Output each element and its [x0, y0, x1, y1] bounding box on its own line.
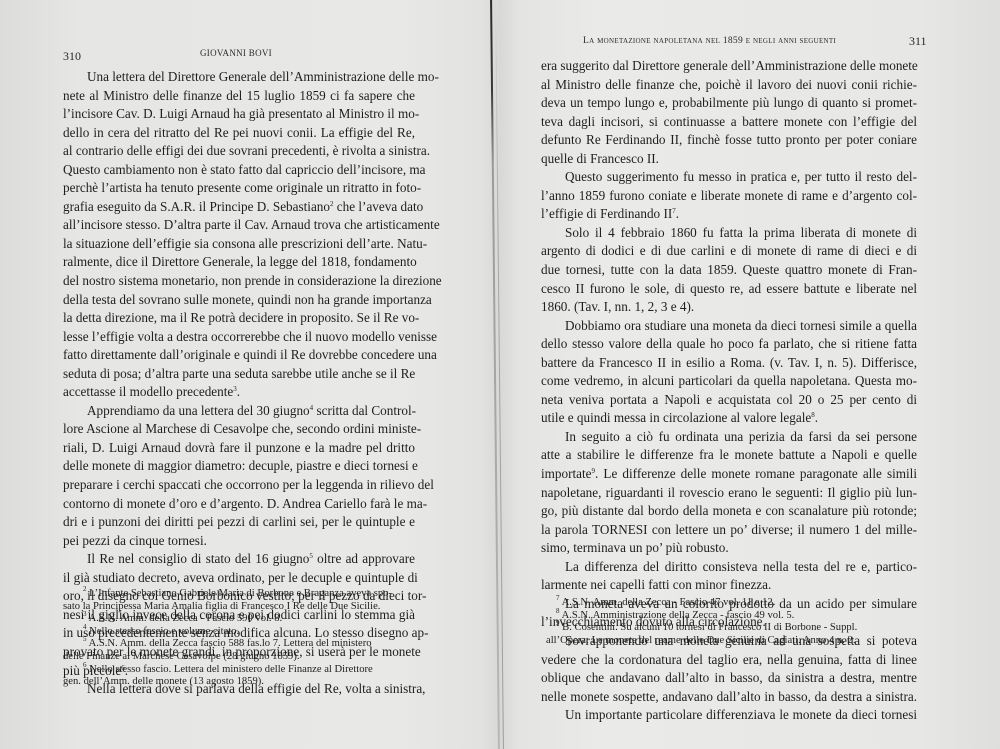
text-segment: scritta dal Control- [313, 403, 416, 418]
text-line: al contrario delle effigi dei due sovran… [63, 142, 415, 161]
running-head-title: La monetazione napoletana nel 1859 e neg… [583, 36, 836, 46]
footnote-continuation: all’Opera: Le monete del reame delle Due… [546, 635, 914, 648]
text-line: riali, D. Luigi Arnaud dovrà fare il pun… [63, 439, 415, 458]
text-line: deva un tempo lungo e, probabilmente più… [541, 94, 917, 113]
page-number: 311 [909, 34, 927, 49]
text-line: dello stesso valore della quale ho poco … [541, 335, 917, 354]
paragraph: In seguito a ciò fu ordinata una perizia… [541, 428, 917, 558]
text-segment: importate [541, 466, 592, 481]
text-segment: . [237, 384, 240, 399]
text-line: la detta direzione, ma il Re potrà decid… [63, 309, 415, 328]
footnote: 7 A.S.N. Amm. della Zecca - Fascio 47 vo… [546, 597, 914, 610]
text-segment: Apprendiamo da una lettera del 30 giugno [87, 403, 310, 418]
text-line: l’anno 1859 furono coniate e liberate mo… [541, 187, 917, 206]
paragraph: Un importante particolare differenziava … [541, 706, 917, 725]
text-segment: grafia eseguito da S.A.R. il Principe D.… [63, 199, 330, 214]
paragraph: Dobbiamo ora studiare una moneta da diec… [541, 317, 917, 428]
text-line: ralmente, dice il Direttore Generale, la… [63, 253, 415, 272]
running-head-author: GIOVANNI BOVI [200, 48, 272, 58]
text-line: battere da Francesco II in esilio a Roma… [541, 354, 917, 373]
text-segment: accettasse il modello precedente [63, 384, 233, 399]
text-line: era suggerito dal Direttore generale del… [541, 57, 917, 76]
footnote: 3 A.S.N. Amm. della Zecca - Fascio 590 v… [83, 613, 413, 626]
footnote: 6 Nello stesso fascio. Lettera del minis… [83, 664, 413, 677]
text-line: la situazione dell’effigie sia consona a… [63, 235, 415, 254]
text-line: vedere che la cordonatura del taglio era… [541, 651, 917, 670]
text-line: grafia eseguito da S.A.R. il Principe D.… [63, 198, 415, 217]
text-line: due tornesi, tutte con la data 1859. Que… [541, 261, 917, 280]
text-line: nelle monete sospette, andavano dall’alt… [541, 688, 917, 707]
paragraph: Solo il 4 febbraio 1860 fu fatta la prim… [541, 224, 917, 317]
footnote-text: A.S.N. Amm. della Zecca - Fascio 590 vol… [89, 613, 283, 624]
text-line: Una lettera del Direttore Generale dell’… [63, 68, 415, 87]
footnote-text: Nello stesso fascio. Lettera del ministe… [89, 664, 373, 675]
text-line: simo, terminava un po’ più robusto. [541, 539, 917, 558]
text-segment: utile e quindi messa in circolazione al … [541, 410, 811, 425]
text-line: Questo suggerimento fu messo in pratica … [541, 168, 917, 187]
text-line: cesco II furono le sole, di questo re, a… [541, 280, 917, 299]
text-line: preparare i cerchi spaccati che occorron… [63, 476, 415, 495]
footnote-continuation: delle Finanze al Marchese Cesavolpe (28 … [63, 651, 413, 664]
text-line: go, più distante dal bordo della moneta … [541, 502, 917, 521]
footnote-marker: 2 [83, 585, 87, 593]
text-line: seduta di posa; d’altra parte una seduta… [63, 365, 415, 384]
text-line: delle monete di maggior diametro: decupl… [63, 457, 415, 476]
text-line: La differenza del diritto consisteva nel… [541, 558, 917, 577]
text-line: Dobbiamo ora studiare una moneta da diec… [541, 317, 917, 336]
text-line: Apprendiamo da una lettera del 30 giugno… [63, 402, 415, 421]
footnote-text: B. Cosentini. Su alcuni 10 tornesi di Fr… [562, 622, 857, 633]
text-line: l’effigie di Ferdinando II7. [541, 205, 917, 224]
text-line: fatto direttamente dall’originale e quin… [63, 346, 415, 365]
paragraph: Questo suggerimento fu messo in pratica … [541, 168, 917, 224]
text-line: lore Ascione al Marchese di Cesavolpe ch… [63, 420, 415, 439]
paragraph: Apprendiamo da una lettera del 30 giugno… [63, 402, 415, 550]
footnote-marker: 9 [556, 619, 560, 627]
footnotes: 7 A.S.N. Amm. della Zecca - Fascio 47 vo… [546, 597, 914, 647]
text-line: la parola TORNESI con lettere un po’ div… [541, 521, 917, 540]
text-line: argento di dodici e di due carlini e di … [541, 242, 917, 261]
footnote-continuation: sato la Principessa Maria Amalia figlia … [63, 601, 413, 614]
text-line: neta veniva portata a Napoli e acquistat… [541, 391, 917, 410]
footnote-text: L’Infante Sebastiano Gabriele Maria di B… [89, 588, 392, 599]
text-line: atte a stabilire le differenze fra le mo… [541, 446, 917, 465]
book-spread: 310 GIOVANNI BOVI Una lettera del Dirett… [0, 0, 1000, 749]
footnote: 2 L’Infante Sebastiano Gabriele Maria di… [83, 588, 413, 601]
footnote-text: A.S.N. Amm. della Zecca fascio 588 fas.l… [89, 638, 372, 649]
footnote-text: Nello stesso fascio e volume citato. [89, 626, 239, 637]
text-line: al Ministro delle finanze che, poichè il… [541, 76, 917, 95]
footnote-text: A.S.N. Amministrazione della Zecca - fas… [562, 610, 795, 621]
text-line: importate9. Le differenze delle monete r… [541, 465, 917, 484]
footnote-marker: 8 [556, 607, 560, 615]
footnote: 5 A.S.N. Amm. della Zecca fascio 588 fas… [83, 638, 413, 651]
text-segment: Il Re nel consiglio di stato del 16 giug… [87, 551, 309, 566]
text-line: nete al Ministro delle finanze del 15 lu… [63, 87, 415, 106]
text-line: larmente nei capelli fatti con minor fin… [541, 576, 917, 595]
footnotes: 2 L’Infante Sebastiano Gabriele Maria di… [83, 588, 413, 689]
footnote: 4 Nello stesso fascio e volume citato. [83, 626, 413, 639]
text-segment: che l’aveva dato [334, 199, 424, 214]
text-segment: l’effigie di Ferdinando II [541, 206, 672, 221]
text-line: 1860. (Tav. I, nn. 1, 2, 3 e 4). [541, 298, 917, 317]
footnote-marker: 7 [556, 594, 560, 602]
text-line: dello in cera del ritratto del Re pei nu… [63, 124, 415, 143]
text-line: della testa del sovrano sulle monete, qu… [63, 291, 415, 310]
footnote-continuation: gen. dell’Amm. delle monete (13 agosto 1… [63, 676, 413, 689]
book-gutter [494, 0, 508, 749]
text-line: teva dagli incisori, si continuasse a ba… [541, 113, 917, 132]
text-line: Questo cambiamento non è stato fatto dal… [63, 161, 415, 180]
footnote-text: A.S.N. Amm. della Zecca - Fascio 47 vol.… [562, 597, 776, 608]
paragraph: Una lettera del Direttore Generale dell’… [63, 68, 415, 402]
right-page: La monetazione napoletana nel 1859 e neg… [508, 0, 1000, 749]
text-line: l’incisore Cav. D. Luigi Arnaud ha già p… [63, 105, 415, 124]
text-line: Il Re nel consiglio di stato del 16 giug… [63, 550, 415, 569]
text-line: Un importante particolare differenziava … [541, 706, 917, 725]
footnote-marker: 6 [83, 661, 87, 669]
text-line: dri e i punzoni dei diritti pei pezzi di… [63, 513, 415, 532]
text-segment: . [815, 410, 818, 425]
text-line: il già studiato decreto, aveva ordinato,… [63, 569, 415, 588]
footnote-marker: 4 [83, 623, 87, 631]
footnote-marker: 3 [83, 610, 87, 618]
text-segment: . Le differenze delle monete romane para… [595, 466, 917, 481]
text-line: oblique che andavano dall’alto in basso,… [541, 669, 917, 688]
text-line: defunto Re Ferdinando II, finchè fosse t… [541, 131, 917, 150]
text-line: del nostro sistema monetario, non prende… [63, 272, 415, 291]
text-line: contorno di monete d’oro e d’argento. D.… [63, 495, 415, 514]
text-line: come vedremo, in alcuni particolari da q… [541, 372, 917, 391]
text-line: accettasse il modello precedente3. [63, 383, 415, 402]
paragraph: La differenza del diritto consisteva nel… [541, 558, 917, 595]
text-line: perchè l’artista ha tenuto presente come… [63, 179, 415, 198]
text-line: In seguito a ciò fu ordinata una perizia… [541, 428, 917, 447]
text-line: quelle di Francesco II. [541, 150, 917, 169]
left-page: 310 GIOVANNI BOVI Una lettera del Dirett… [0, 0, 494, 749]
text-line: Solo il 4 febbraio 1860 fu fatta la prim… [541, 224, 917, 243]
footnote: 8 A.S.N. Amministrazione della Zecca - f… [546, 610, 914, 623]
paragraph: era suggerito dal Direttore generale del… [541, 57, 917, 168]
text-line: lesse l’effigie volta a destra occorrere… [63, 328, 415, 347]
footnote: 9 B. Cosentini. Su alcuni 10 tornesi di … [546, 622, 914, 635]
text-line: napoletane, riguardanti il rovescio eran… [541, 484, 917, 503]
text-segment: oltre ad approvare [313, 551, 415, 566]
text-line: utile e quindi messa in circolazione al … [541, 409, 917, 428]
footnote-marker: 5 [83, 635, 87, 643]
text-line: pei pezzi da cinque tornesi. [63, 532, 415, 551]
text-line: all’incisore stesso. D’altra parte il Ca… [63, 216, 415, 235]
page-number: 310 [63, 49, 81, 64]
text-segment: . [676, 206, 679, 221]
